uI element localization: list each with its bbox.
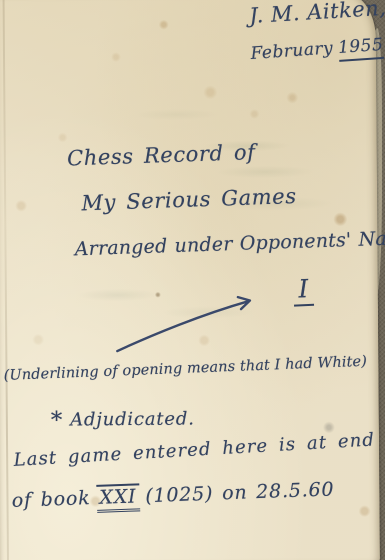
- reverse-side-show-through: [0, 0, 380, 560]
- adjudicated-text: Adjudicated.: [70, 408, 195, 430]
- date-year-underlined: 1955: [337, 35, 384, 62]
- note-adjudicated: *Adjudicated.: [51, 406, 195, 433]
- volume-numeral: I: [293, 274, 314, 307]
- annotation-arrow-icon: [110, 292, 262, 357]
- book-numeral-emphasized: XXI: [96, 483, 140, 513]
- notebook-flyleaf-page: J. M. Aitken, February1955 Chess Record …: [0, 0, 380, 560]
- last-game-prefix: of book: [11, 487, 90, 512]
- asterisk-marker: *: [51, 407, 64, 433]
- scanned-book-page: J. M. Aitken, February1955 Chess Record …: [0, 0, 385, 560]
